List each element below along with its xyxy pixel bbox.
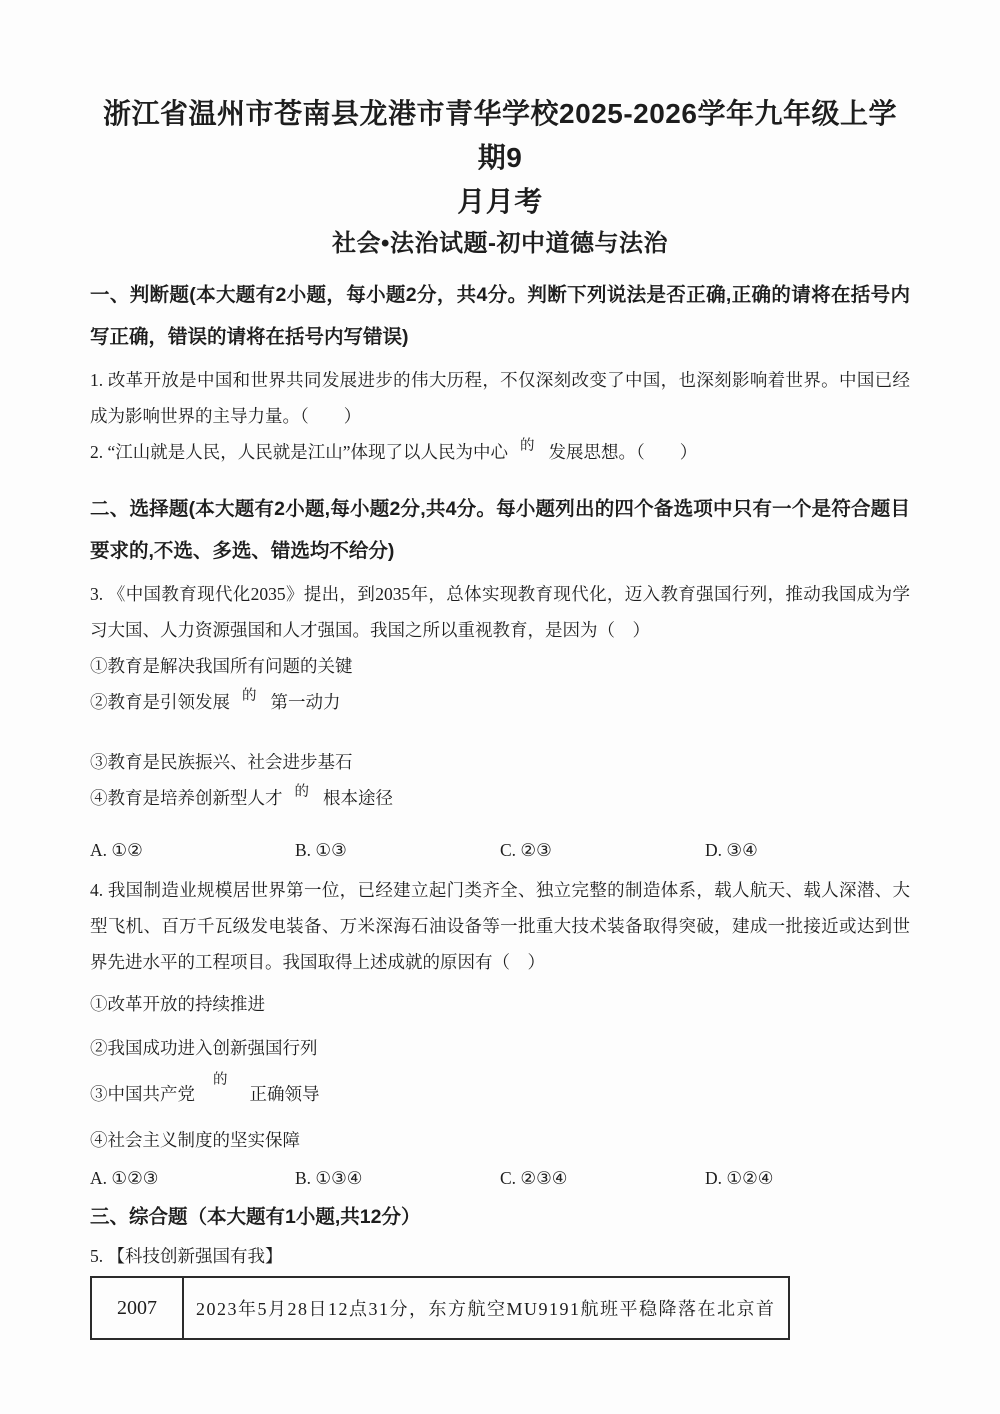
question-2: 2. “江山就是人民，人民就是江山”体现了以人民为中心的发展思想。（ ） xyxy=(90,434,910,472)
section-3-heading: 三、综合题（本大题有1小题,共12分） xyxy=(90,1196,910,1238)
question-3-option-4-pre: ④教育是培养创新型人才 xyxy=(90,788,283,808)
question-4-option-4: ④社会主义制度的坚实保障 xyxy=(90,1122,910,1158)
question-4-option-3: ③中国共产党的正确领导 xyxy=(90,1076,910,1114)
question-3-option-1: ①教育是解决我国所有问题的关键 xyxy=(90,648,910,684)
question-2-sup-de: 的 xyxy=(520,428,535,464)
material-table-row: 2007 2023年5月28日12点31分，东方航空MU9191航班平稳降落在北… xyxy=(91,1277,789,1339)
question-3-choice-c: C. ②③ xyxy=(500,832,705,868)
question-4-option-3-pre: ③中国共产党 xyxy=(90,1084,195,1104)
document-subtitle: 社会•法治试题-初中道德与法治 xyxy=(90,224,910,264)
question-4-option-1: ①改革开放的持续推进 xyxy=(90,986,910,1022)
question-3-option-4: ④教育是培养创新型人才的根本途径 xyxy=(90,780,910,818)
question-5-label: 5. 【科技创新强国有我】 xyxy=(90,1238,910,1274)
question-3-option-4-post: 根本途径 xyxy=(323,788,393,808)
question-4-option-3-post: 正确领导 xyxy=(250,1084,320,1104)
question-3-choice-b: B. ①③ xyxy=(295,832,500,868)
question-2-text-pre: 2. “江山就是人民，人民就是江山”体现了以人民为中心 xyxy=(90,442,508,462)
question-3-option-2-pre: ②教育是引领发展 xyxy=(90,692,230,712)
title-line-2: 月月考 xyxy=(90,180,910,224)
material-event-cell: 2023年5月28日12点31分，东方航空MU9191航班平稳降落在北京首 xyxy=(183,1277,789,1339)
question-3-option-2-post: 第一动力 xyxy=(271,692,341,712)
question-4: 4. 我国制造业规模居世界第一位，已经建立起门类齐全、独立完整的制造体系，载人航… xyxy=(90,872,910,980)
question-4-choice-d: D. ①②④ xyxy=(705,1160,910,1196)
document-title: 浙江省温州市苍南县龙港市青华学校2025-2026学年九年级上学期9 月月考 xyxy=(90,92,910,224)
question-1: 1. 改革开放是中国和世界共同发展进步的伟大历程，不仅深刻改变了中国，也深刻影响… xyxy=(90,362,910,434)
question-3-option-3: ③教育是民族振兴、社会进步基石 xyxy=(90,744,910,780)
question-3-option-2-sup-de: 的 xyxy=(242,678,257,714)
exam-paper-page: 浙江省温州市苍南县龙港市青华学校2025-2026学年九年级上学期9 月月考 社… xyxy=(0,0,1000,1414)
question-3-option-4-sup-de: 的 xyxy=(295,774,310,810)
question-4-choices-row: A. ①②③ B. ①③④ C. ②③④ D. ①②④ xyxy=(90,1160,910,1196)
question-4-choice-a: A. ①②③ xyxy=(90,1160,295,1196)
question-3-choice-a: A. ①② xyxy=(90,832,295,868)
question-4-option-2: ②我国成功进入创新强国行列 xyxy=(90,1030,910,1066)
question-3: 3. 《中国教育现代化2035》提出，到2035年，总体实现教育现代化，迈入教育… xyxy=(90,576,910,648)
material-table: 2007 2023年5月28日12点31分，东方航空MU9191航班平稳降落在北… xyxy=(90,1276,790,1340)
title-line-1: 浙江省温州市苍南县龙港市青华学校2025-2026学年九年级上学期9 xyxy=(90,92,910,180)
material-year-cell: 2007 xyxy=(91,1277,183,1339)
question-3-choice-d: D. ③④ xyxy=(705,832,910,868)
question-3-option-2: ②教育是引领发展的第一动力 xyxy=(90,684,910,722)
section-2-heading: 二、选择题(本大题有2小题,每小题2分,共4分。每小题列出的四个备选项中只有一个… xyxy=(90,488,910,572)
question-4-choice-c: C. ②③④ xyxy=(500,1160,705,1196)
question-4-option-3-sup-de: 的 xyxy=(213,1062,228,1098)
question-4-choice-b: B. ①③④ xyxy=(295,1160,500,1196)
question-3-choices-row: A. ①② B. ①③ C. ②③ D. ③④ xyxy=(90,832,910,868)
section-1-heading: 一、判断题(本大题有2小题，每小题2分，共4分。判断下列说法是否正确,正确的请将… xyxy=(90,274,910,358)
question-2-text-post: 发展思想。（ ） xyxy=(549,442,698,462)
